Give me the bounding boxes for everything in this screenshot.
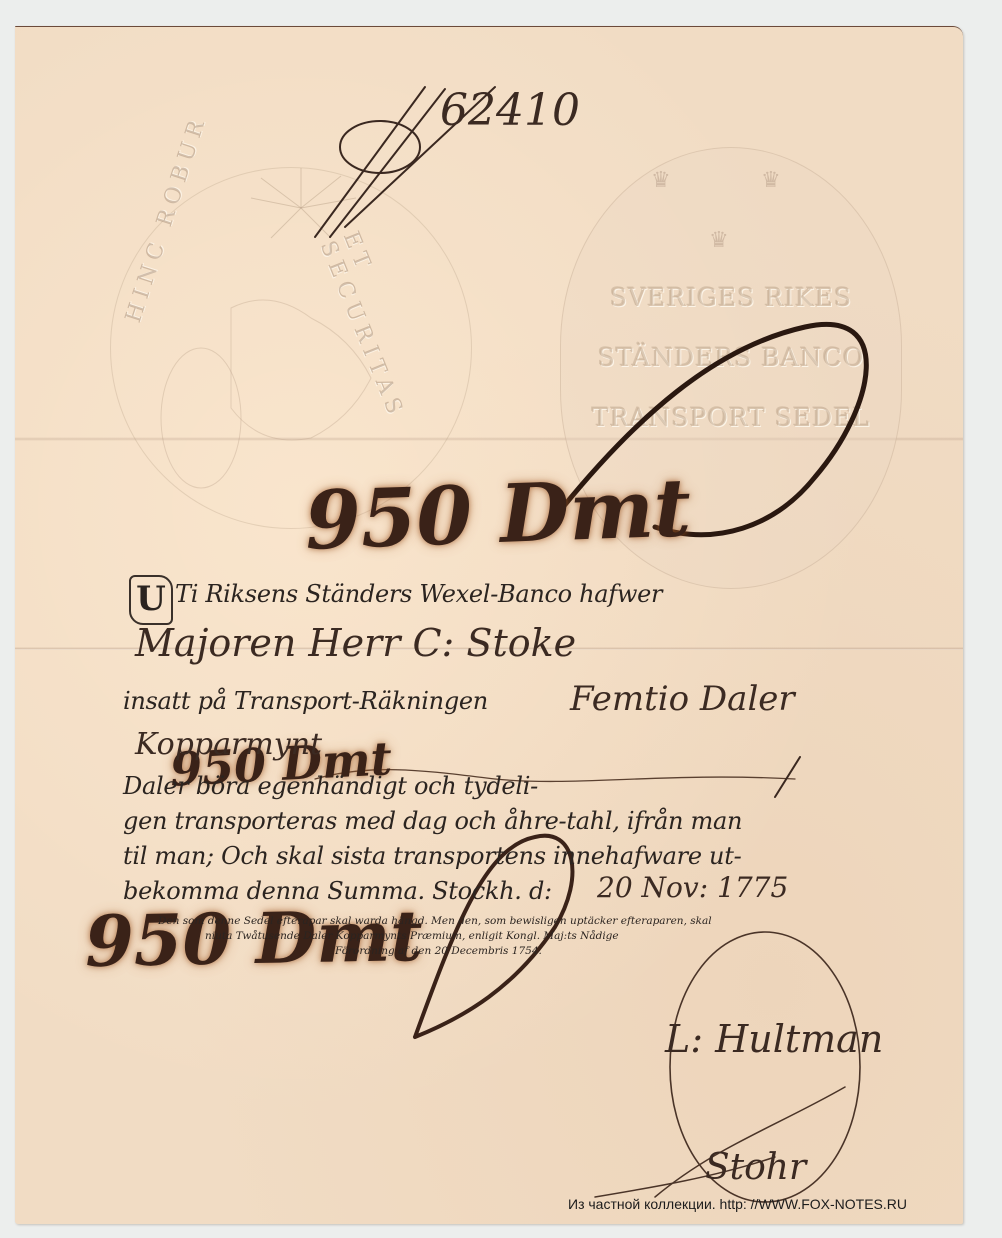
printed-line-3: insatt på Transport-Räkningen <box>123 687 488 715</box>
fine-print-line-3: Förordning af den 20 Decembris 1754. <box>335 945 542 957</box>
printed-line-7: til man; Och skal sista transportens inn… <box>123 842 741 870</box>
signature-2: Stohr <box>705 1147 806 1188</box>
collection-caption: Из частной коллекции. http: //WWW.FOX-NO… <box>568 1196 907 1212</box>
printed-line-6: gen transporteras med dag och åhre-tahl,… <box>123 807 742 835</box>
banknote-paper: HINC ROBUR ET SECURITAS ♛ ♛ ♛ SVERIGES R… <box>15 26 963 1224</box>
handwritten-payee: Majoren Herr C: Stoke <box>135 621 576 665</box>
handwritten-currency: Kopparmynt <box>135 727 322 762</box>
denomination-overprint-1: 950 Dmt <box>303 460 692 567</box>
printed-line-8: bekomma denna Summa. Stockh. d: <box>123 877 552 905</box>
printed-line-5: Daler böra egenhändigt och tydeli- <box>123 772 538 800</box>
handwritten-amount: Femtio Daler <box>570 679 795 719</box>
printed-line-1: Ti Riksens Ständers Wexel-Banco hafwer <box>175 580 662 608</box>
signature-1: L: Hultman <box>665 1017 883 1061</box>
serial-number: 62410 <box>440 85 580 136</box>
fine-print-line-2: niuta Twåtusende Daler Kopparmynts Præmi… <box>205 930 619 942</box>
fine-print-line-1: Den som denne Sedel efterapar skal warda… <box>158 915 712 927</box>
decorated-initial: U <box>129 575 173 625</box>
handwritten-date: 20 Nov: 1775 <box>597 871 788 904</box>
